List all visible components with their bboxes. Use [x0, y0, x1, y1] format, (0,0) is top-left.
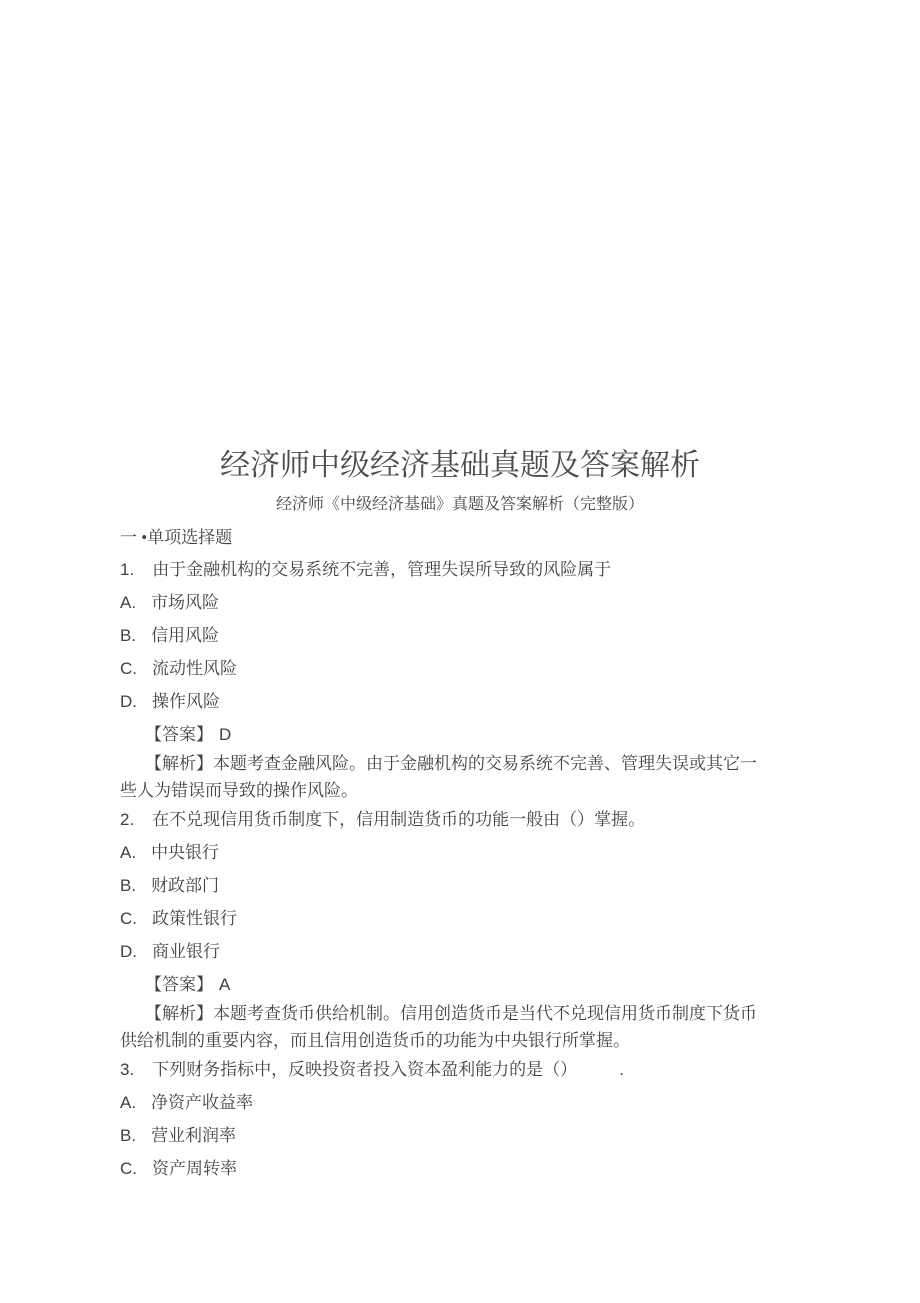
option-text: 操作风险: [152, 692, 220, 711]
option-letter: D.: [120, 942, 137, 961]
option: C.资产周转率: [120, 1155, 800, 1182]
question-block-3: 3.下列财务指标中，反映投资者投入资本盈利能力的是（）. A.净资产收益率 B.…: [120, 1056, 800, 1182]
option-text: 资产周转率: [152, 1159, 237, 1178]
question-number: 2.: [120, 810, 134, 829]
option: A.市场风险: [120, 589, 800, 616]
answer-line: 【答案】A: [120, 971, 770, 998]
answer-value: A: [219, 975, 230, 994]
option: D.商业银行: [120, 938, 800, 965]
analysis-line: 【解析】本题考查货币供给机制。信用创造货币是当代不兑现信用货币制度下货币供给机制…: [120, 1000, 770, 1054]
question-stem: 2.在不兑现信用货币制度下，信用制造货币的功能一般由（）掌握。: [120, 806, 800, 833]
question-block-1: 1.由于金融机构的交易系统不完善，管理失误所导致的风险属于 A.市场风险 B.信…: [120, 556, 800, 804]
option-text: 流动性风险: [152, 659, 237, 678]
analysis-label: 【解析】: [145, 754, 213, 773]
option-text: 净资产收益率: [151, 1093, 253, 1112]
analysis-text: 本题考查金融风险。由于金融机构的交易系统不完善、管理失误或其它一些人为错误而导致…: [120, 754, 757, 800]
option: B.信用风险: [120, 622, 800, 649]
page-title: 经济师中级经济基础真题及答案解析: [120, 446, 800, 486]
question-number: 3.: [120, 1060, 134, 1079]
analysis-text: 本题考查货币供给机制。信用创造货币是当代不兑现信用货币制度下货币供给机制的重要内…: [120, 1004, 757, 1050]
option-letter: B.: [120, 626, 136, 645]
question-stem-tail: .: [619, 1060, 624, 1079]
option-text: 营业利润率: [151, 1126, 236, 1145]
option: A.中央银行: [120, 839, 800, 866]
answer-value: D: [219, 725, 231, 744]
question-number: 1.: [120, 560, 134, 579]
option-letter: B.: [120, 876, 136, 895]
option-letter: C.: [120, 659, 137, 678]
option-text: 政策性银行: [152, 909, 237, 928]
question-text: 在不兑现信用货币制度下，信用制造货币的功能一般由（）掌握。: [152, 810, 645, 829]
option: D.操作风险: [120, 688, 800, 715]
question-stem: 3.下列财务指标中，反映投资者投入资本盈利能力的是（）.: [120, 1056, 800, 1083]
answer-line: 【答案】D: [120, 721, 770, 748]
option: B.财政部门: [120, 872, 800, 899]
option-letter: D.: [120, 692, 137, 711]
option: A.净资产收益率: [120, 1089, 800, 1116]
section-heading: 一 •单项选择题: [120, 526, 800, 550]
answer-label: 【答案】: [145, 975, 213, 994]
option-text: 市场风险: [151, 593, 219, 612]
question-text: 由于金融机构的交易系统不完善，管理失误所导致的风险属于: [152, 560, 611, 579]
analysis-label: 【解析】: [145, 1004, 213, 1023]
page-subtitle: 经济师《中级经济基础》真题及答案解析（完整版）: [120, 494, 800, 516]
option-text: 信用风险: [151, 626, 219, 645]
option-letter: C.: [120, 1159, 137, 1178]
option-letter: A.: [120, 593, 136, 612]
option-text: 中央银行: [151, 843, 219, 862]
option-letter: B.: [120, 1126, 136, 1145]
option-letter: C.: [120, 909, 137, 928]
option: B.营业利润率: [120, 1122, 800, 1149]
option-letter: A.: [120, 843, 136, 862]
question-stem: 1.由于金融机构的交易系统不完善，管理失误所导致的风险属于: [120, 556, 800, 583]
question-block-2: 2.在不兑现信用货币制度下，信用制造货币的功能一般由（）掌握。 A.中央银行 B…: [120, 806, 800, 1054]
option-letter: A.: [120, 1093, 136, 1112]
option: C.流动性风险: [120, 655, 800, 682]
option: C.政策性银行: [120, 905, 800, 932]
question-text: 下列财务指标中，反映投资者投入资本盈利能力的是（）: [152, 1060, 577, 1079]
option-text: 商业银行: [152, 942, 220, 961]
option-text: 财政部门: [151, 876, 219, 895]
answer-label: 【答案】: [145, 725, 213, 744]
analysis-line: 【解析】本题考查金融风险。由于金融机构的交易系统不完善、管理失误或其它一些人为错…: [120, 750, 770, 804]
document-page: 经济师中级经济基础真题及答案解析 经济师《中级经济基础》真题及答案解析（完整版）…: [0, 0, 920, 1303]
